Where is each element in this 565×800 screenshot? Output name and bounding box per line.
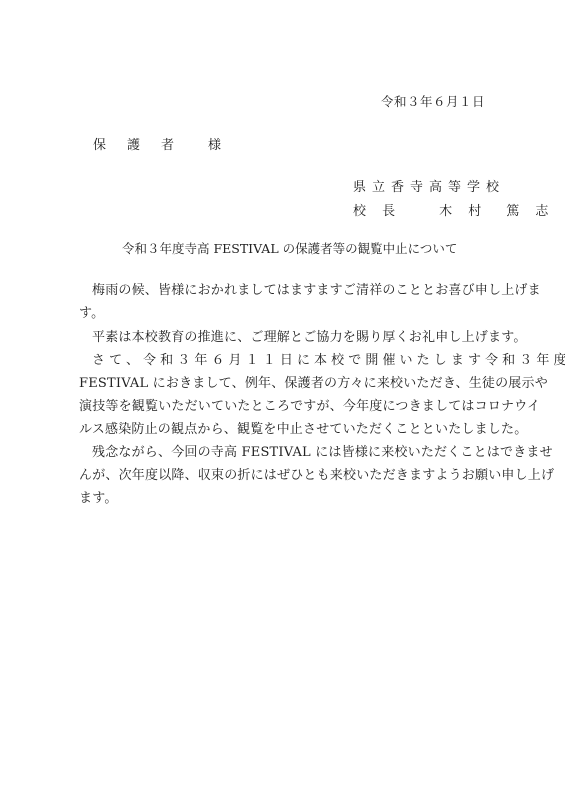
body-line: す。: [79, 307, 104, 320]
body-line: ルス感染防止の観点から、観覧を中止させていただくことといたしました。: [79, 423, 527, 436]
recipient-honorific: 様: [208, 139, 221, 152]
body-line: 平素は本校教育の推進に、ご理解とご協力を賜り厚くお礼申し上げます。: [92, 331, 527, 344]
document-title: 令和３年度寺高 FESTIVAL の保護者等の観覧中止について: [122, 243, 457, 256]
sender-school: 県立香寺高等学校: [353, 181, 505, 194]
recipient-line: 保 護 者様: [93, 139, 221, 152]
sender-principal: 校 長 木 村 篤 志: [353, 205, 554, 218]
document-date: 令和３年６月１日: [381, 96, 485, 109]
recipient-name: 保 護 者: [93, 139, 178, 152]
body-line: 梅雨の候、皆様におかれましてはますますご清祥のこととお喜び申し上げま: [92, 284, 541, 297]
body-line: さて、令和３年６月１１日に本校で開催いたします令和３年度寺高: [92, 354, 565, 367]
body-line: 残念ながら、今回の寺高 FESTIVAL には皆様に来校いただくことはできませ: [92, 446, 553, 459]
body-line: 演技等を観覧いただいていたところですが、今年度につきましてはコロナウイ: [79, 400, 540, 413]
body-line: ます。: [79, 492, 118, 505]
body-line: FESTIVAL におきまして、例年、保護者の方々に来校いただき、生徒の展示や: [79, 377, 548, 390]
body-line: んが、次年度以降、収束の折にはぜひとも来校いただきますようお願い申し上げ: [79, 469, 554, 482]
